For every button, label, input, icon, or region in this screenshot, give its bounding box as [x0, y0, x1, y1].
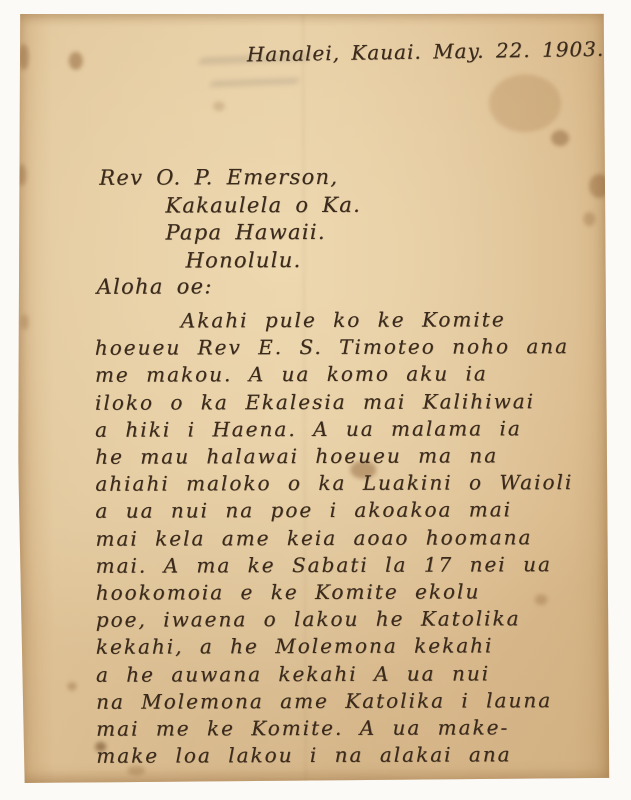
letter-line: a he auwana kekahi A ua nui — [96, 660, 574, 689]
letter-line: a hiki i Haena. A ua malama ia — [95, 415, 573, 444]
recipient-line: Rev O. P. Emerson, — [99, 164, 361, 192]
letter-line: iloko o ka Ekalesia mai Kalihiwai — [95, 388, 573, 417]
bleed-stroke — [209, 78, 299, 87]
recipient-block: Rev O. P. Emerson, Kakaulela o Ka. Papa … — [99, 164, 361, 275]
stain — [19, 44, 29, 70]
stain — [17, 164, 26, 186]
letter-line: poe, iwaena o lakou he Katolika — [96, 605, 574, 634]
stain — [551, 130, 569, 146]
letter-line: Akahi pule ko ke Komite — [95, 306, 573, 335]
stain — [67, 682, 77, 691]
scan-background: { "letter": { "dateline": "Hanalei, Kaua… — [0, 0, 631, 800]
letter-line: mai. A ma ke Sabati la 17 nei ua — [96, 551, 574, 580]
letter-dateline: Hanalei, Kauai. May. 22. 1903. — [246, 37, 604, 67]
letter-line: kekahi, a he Molemona kekahi — [96, 633, 574, 662]
stain — [489, 74, 561, 132]
letter-body: Akahi pule ko ke Komite hoeueu Rev E. S.… — [95, 306, 575, 770]
stain — [21, 314, 29, 330]
letter-line: a ua nui na poe i akoakoa mai — [95, 497, 573, 526]
stain — [583, 212, 595, 226]
letter-salutation: Aloha oe: — [97, 274, 213, 298]
stain — [213, 101, 225, 111]
stain — [589, 174, 609, 198]
recipient-line: Honolulu. — [185, 246, 361, 274]
letter-line: make loa lakou i na alakai ana — [96, 741, 574, 770]
letter-line: mai me ke Komite. A ua make- — [96, 714, 574, 743]
recipient-line: Papa Hawaii. — [165, 219, 361, 247]
letter-line: mai kela ame keia aoao hoomana — [95, 524, 573, 553]
letter-line: na Molemona ame Katolika i launa — [96, 687, 574, 716]
letter-line: ahiahi maloko o ka Luakini o Waioli — [95, 469, 573, 498]
letter-line: me makou. A ua komo aku ia — [95, 360, 573, 389]
letter-paper: Hanalei, Kauai. May. 22. 1903. Rev O. P.… — [17, 12, 610, 783]
stain — [69, 52, 83, 70]
letter-line: hoeueu Rev E. S. Timoteo noho ana — [95, 333, 573, 362]
letter-line: hookomoia e ke Komite ekolu — [96, 578, 574, 607]
recipient-line: Kakaulela o Ka. — [165, 191, 361, 219]
letter-line: he mau halawai hoeueu ma na — [95, 442, 573, 471]
